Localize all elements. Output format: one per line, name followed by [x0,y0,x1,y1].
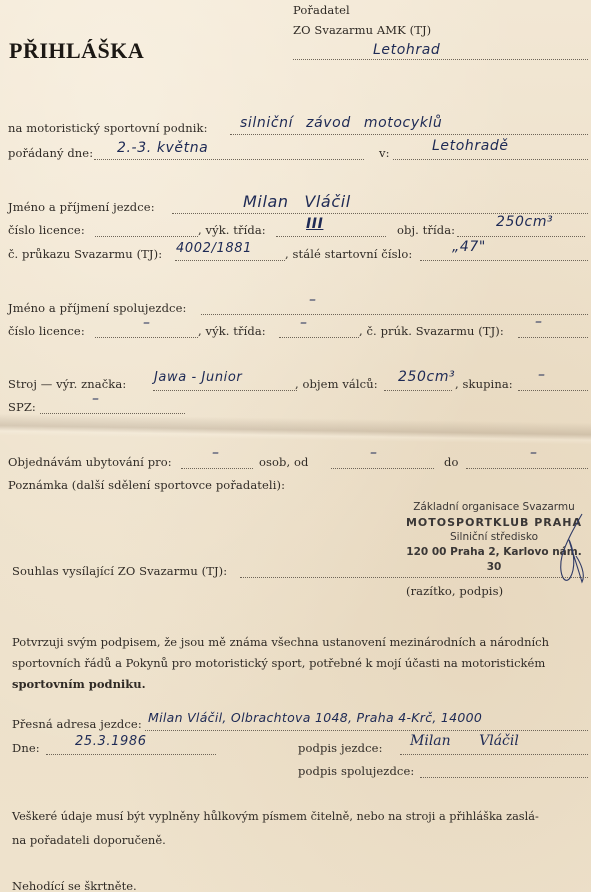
accommodation-from-value[interactable]: – [370,445,378,461]
event-label: na motoristický sportovní podnik: [8,121,208,135]
passenger-license-value[interactable]: – [143,315,151,331]
instruction-line-1: Veškeré údaje musí být vyplněny hůlkovým… [12,806,539,827]
rider-perf-class-value[interactable]: III [306,216,323,232]
rider-vol-class-value[interactable]: 250cm³ [496,214,553,230]
event-value[interactable]: silniční závod motocyklů [240,115,442,131]
event-date-value[interactable]: 2.-3. května [117,140,208,156]
machine-make-label: Stroj — výr. značka: [8,377,126,391]
passenger-perf-class-value[interactable]: – [300,315,308,331]
machine-group-value[interactable]: – [538,367,546,383]
rider-name-label: Jméno a příjmení jezdce: [8,200,155,214]
paper-fold-shadow [0,413,591,444]
rider-license-line [95,236,198,237]
machine-group-line [518,390,588,391]
passenger-name-label: Jméno a příjmení spolujezdce: [8,301,186,315]
passenger-signature-line[interactable] [420,777,588,778]
event-place-value[interactable]: Letohradě [432,138,509,154]
organizer-line [293,59,588,60]
note-label: Poznámka (další sdělení sportovce pořada… [8,478,285,492]
signing-date-line [46,754,216,755]
consent-label: Souhlas vysílající ZO Svazarmu (TJ): [12,564,227,578]
passenger-license-label: číslo licence: [8,324,85,338]
passenger-perf-class-line [279,337,359,338]
accommodation-to-line [466,468,588,469]
machine-spz-label: SPZ: [8,400,36,414]
machine-make-value[interactable]: Jawa - Junior [154,370,242,385]
rider-card-value[interactable]: 4002/1881 [176,241,252,256]
machine-group-label: , skupina: [455,377,513,391]
rider-name-value[interactable]: Milan Vláčil [243,192,351,211]
rider-perf-class-line [276,236,386,237]
rider-license-label: číslo licence: [8,223,85,237]
machine-volume-label: , objem válců: [295,377,378,391]
signing-date-value[interactable]: 25.3.1986 [75,734,147,749]
rider-signature-value[interactable]: Milan Vláčil [410,733,519,749]
rider-card-label: č. průkazu Svazarmu (TJ): [8,247,162,261]
rider-signature-line [400,754,588,755]
accommodation-persons-label: osob, od [259,455,309,469]
organizer-value[interactable]: Letohrad [373,42,440,58]
rider-signature-label: podpis jezdce: [298,741,383,755]
accommodation-to-value[interactable]: – [530,445,538,461]
consent-line[interactable] [240,577,588,578]
accommodation-to-label: do [444,455,459,469]
event-line [230,134,588,135]
passenger-signature-label: podpis spolujezdce: [298,764,414,778]
accommodation-persons-value[interactable]: – [212,445,220,461]
accommodation-label: Objednávám ubytování pro: [8,455,172,469]
event-date-label: pořádaný dne: [8,146,93,160]
event-place-label: v: [379,146,390,160]
event-place-line [393,159,588,160]
rider-perf-class-label: , výk. třída: [198,223,266,237]
passenger-card-label: , č. prúk. Svazarmu (TJ): [359,324,504,338]
declaration-line-3: sportovním podniku. [12,674,146,695]
passenger-name-value[interactable]: – [309,292,317,308]
machine-make-line [153,390,297,391]
rider-card-line [175,260,285,261]
signing-date-label: Dne: [12,741,40,755]
address-value[interactable]: Milan Vláčil, Olbrachtova 1048, Praha 4-… [148,710,482,725]
rider-start-no-label: , stálé startovní číslo: [285,247,412,261]
passenger-name-line [201,314,588,315]
accommodation-persons-line [181,468,253,469]
passenger-perf-class-label: , výk. třída: [198,324,266,338]
organizer-org-label: ZO Svazarmu AMK (TJ) [293,23,431,37]
address-line [145,730,588,731]
declaration-line-1: Potvrzuji svým podpisem, že jsou mě znám… [12,632,549,653]
passenger-card-line [518,337,588,338]
machine-spz-line [40,413,185,414]
accommodation-from-line [331,468,434,469]
rider-vol-class-line [457,236,585,237]
passenger-card-value[interactable]: – [535,314,543,330]
passenger-license-line [95,337,198,338]
event-date-line [94,159,364,160]
declaration-line-2: sportovních řádů a Pokynů pro motoristic… [12,653,545,674]
consent-caption: (razítko, podpis) [406,584,503,598]
address-label: Přesná adresa jezdce: [12,717,142,731]
strike-note: Nehodící se škrtněte. [12,876,137,892]
rider-start-no-value[interactable]: „47" [452,239,486,255]
machine-volume-value[interactable]: 250cm³ [398,369,455,385]
machine-spz-value[interactable]: – [92,391,100,407]
instruction-line-2: na pořadateli doporučeně. [12,830,166,851]
machine-volume-line [384,390,452,391]
form-title: PŘIHLÁŠKA [9,38,144,64]
rider-vol-class-label: obj. třída: [397,223,455,237]
organizer-label: Pořadatel [293,3,350,17]
rider-start-no-line [420,260,588,261]
